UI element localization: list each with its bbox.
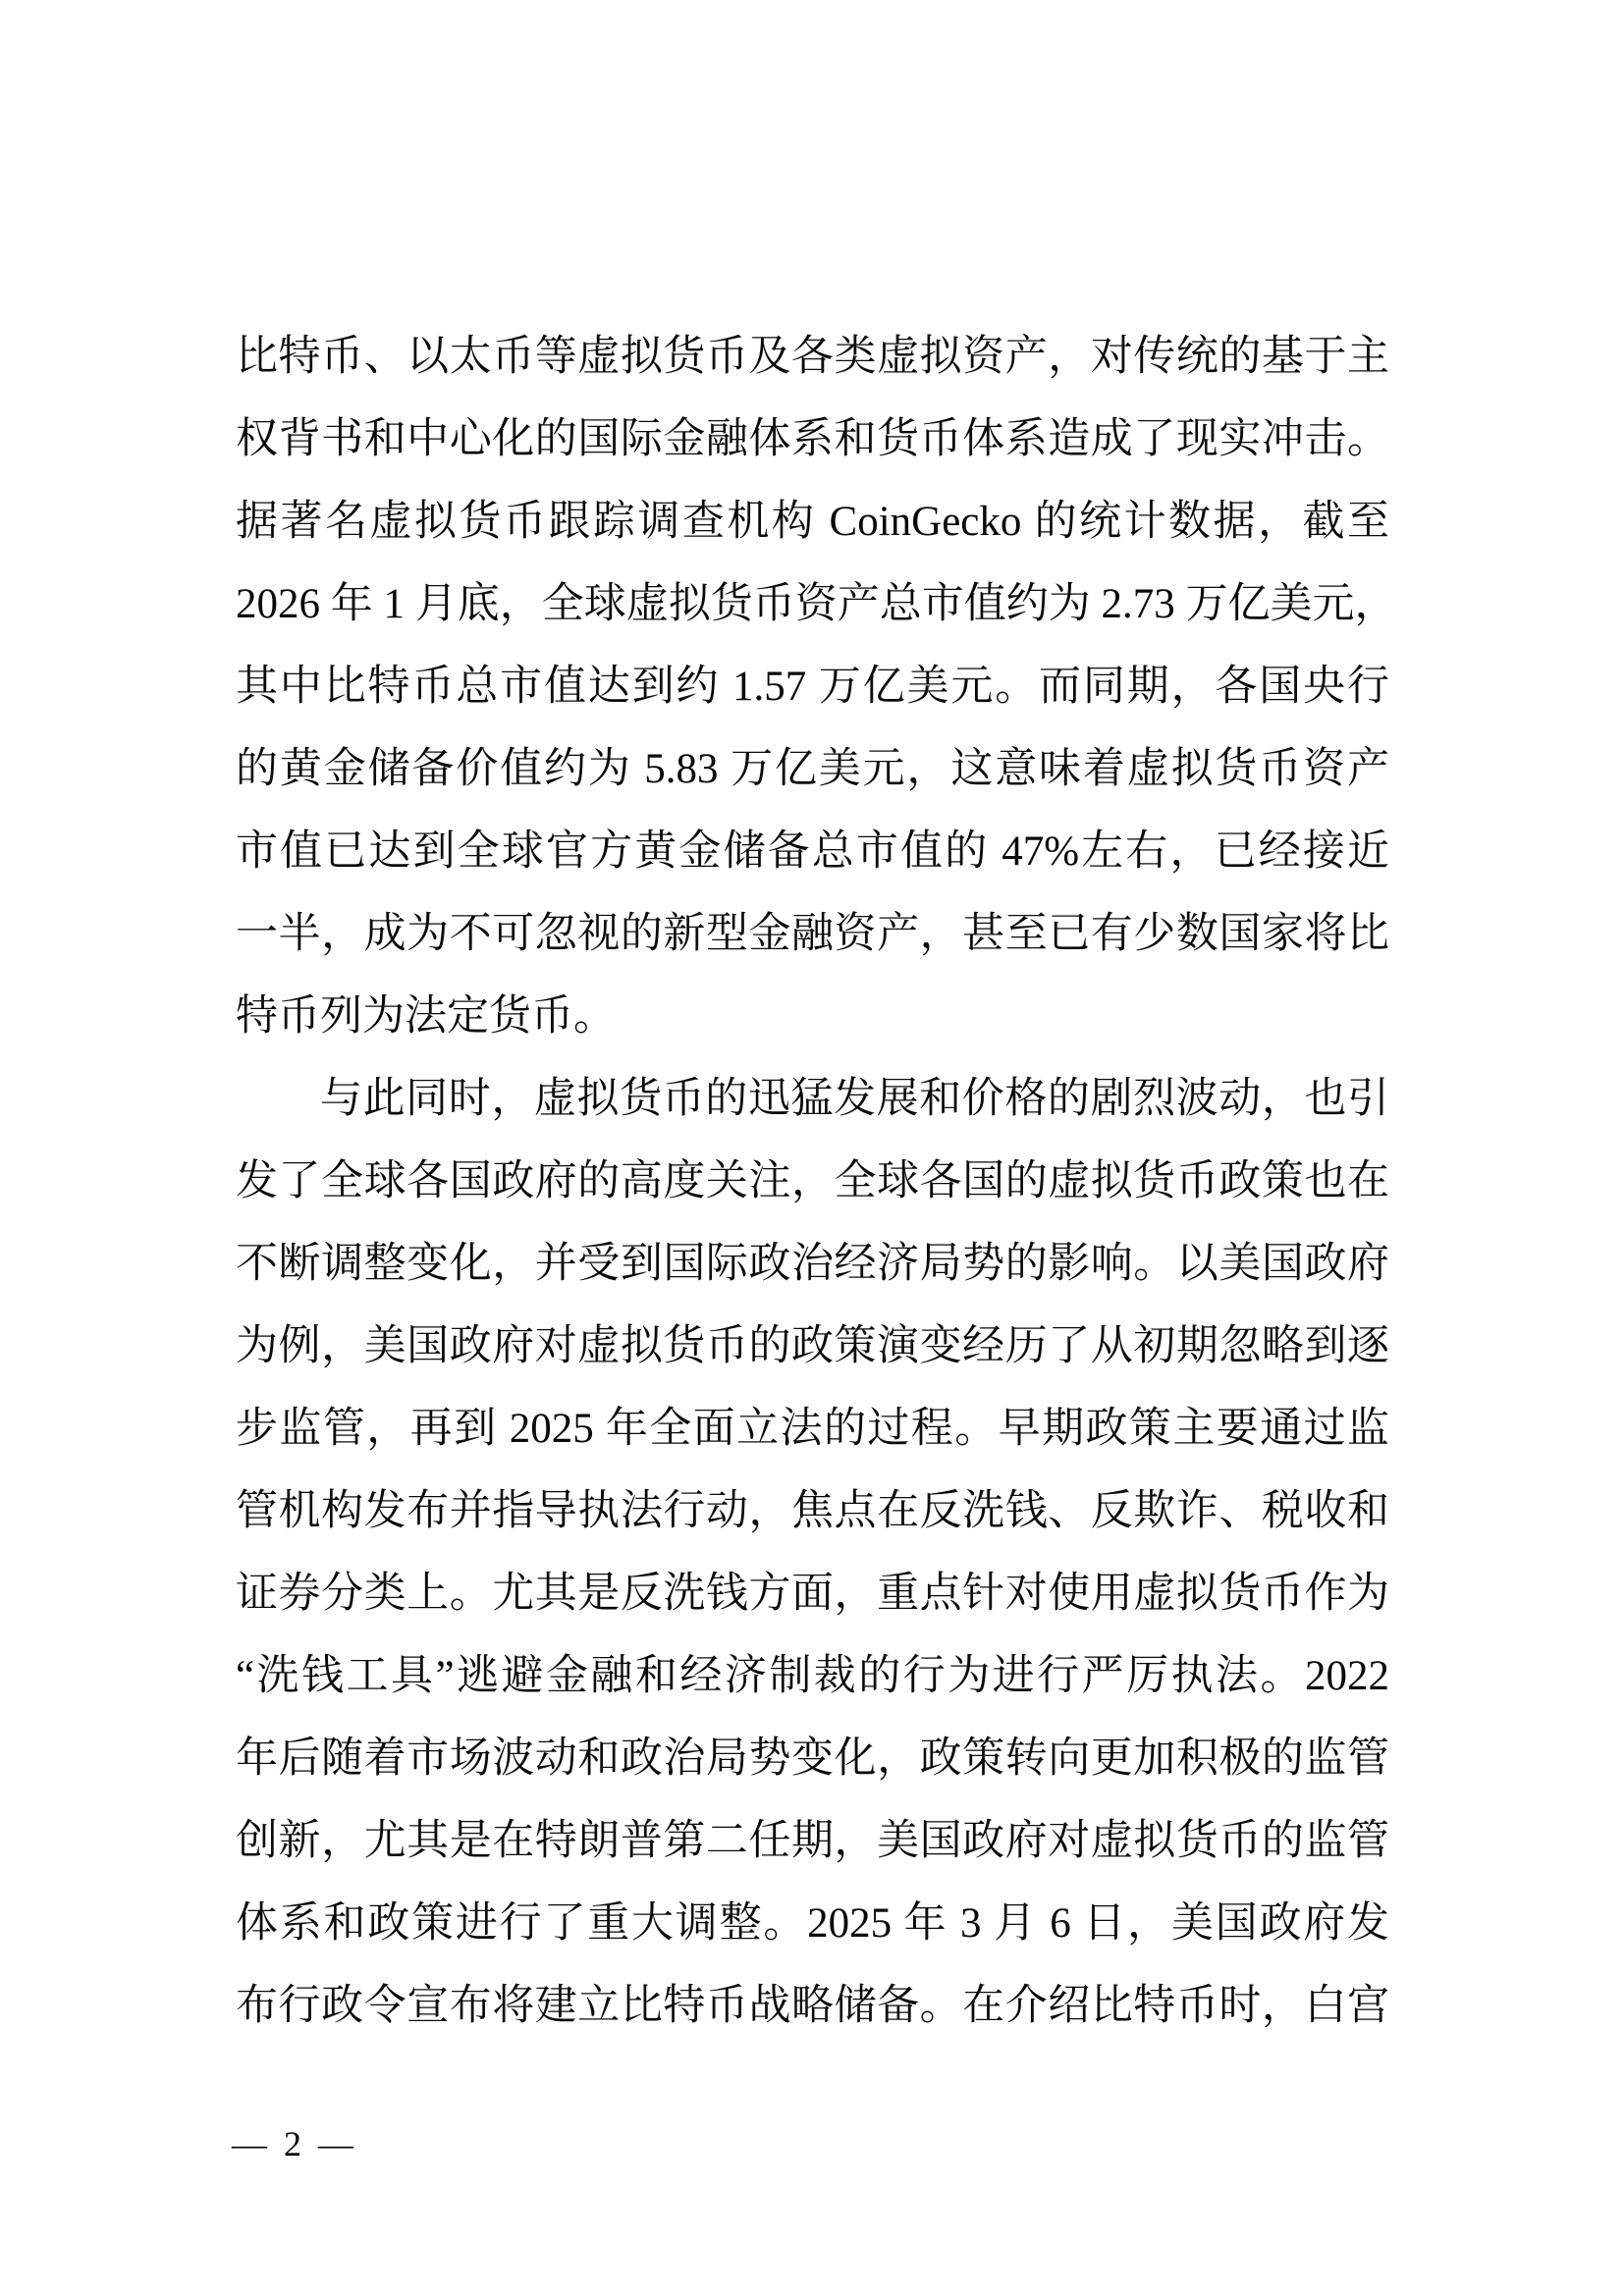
text-line: 2026 年 1 月底，全球虚拟货币资产总市值约为 2.73 万亿美元，: [236, 563, 1389, 646]
text-line: 不断调整变化，并受到国际政治经济局势的影响。以美国政府: [236, 1223, 1389, 1306]
document-page: 比特币、以太币等虚拟货币及各类虚拟资产，对传统的基于主 权背书和中心化的国际金融…: [0, 0, 1624, 2296]
page-number: — 2 —: [232, 2122, 357, 2165]
text-line-paragraph-end: 特币列为法定货币。: [236, 976, 1389, 1058]
text-line: 为例，美国政府对虚拟货币的政策演变经历了从初期忽略到逐: [236, 1306, 1389, 1388]
text-line: 体系和政策进行了重大调整。2025 年 3 月 6 日，美国政府发: [236, 1883, 1389, 1965]
text-line: “洗钱工具”逃避金融和经济制裁的行为进行严厉执法。2022: [236, 1635, 1389, 1718]
text-line: 权背书和中心化的国际金融体系和货币体系造成了现实冲击。: [236, 399, 1389, 481]
text-line: 创新，尤其是在特朗普第二任期，美国政府对虚拟货币的监管: [236, 1800, 1389, 1883]
text-line: 布行政令宣布将建立比特币战略储备。在介绍比特币时，白宫: [236, 1965, 1389, 2048]
text-line: 其中比特币总市值达到约 1.57 万亿美元。而同期，各国央行: [236, 646, 1389, 728]
text-line: 年后随着市场波动和政治局势变化，政策转向更加积极的监管: [236, 1718, 1389, 1800]
text-line: 发了全球各国政府的高度关注，全球各国的虚拟货币政策也在: [236, 1141, 1389, 1223]
text-line: 管机构发布并指导执法行动，焦点在反洗钱、反欺诈、税收和: [236, 1470, 1389, 1553]
body-text-block: 比特币、以太币等虚拟货币及各类虚拟资产，对传统的基于主 权背书和中心化的国际金融…: [236, 316, 1389, 2048]
text-line: 的黄金储备价值约为 5.83 万亿美元，这意味着虚拟货币资产: [236, 728, 1389, 811]
text-line: 步监管，再到 2025 年全面立法的过程。早期政策主要通过监: [236, 1388, 1389, 1470]
text-line: 证券分类上。尤其是反洗钱方面，重点针对使用虚拟货币作为: [236, 1553, 1389, 1635]
text-line: 市值已达到全球官方黄金储备总市值的 47%左右，已经接近: [236, 811, 1389, 893]
text-line: 一半，成为不可忽视的新型金融资产，甚至已有少数国家将比: [236, 893, 1389, 976]
text-line-paragraph-start: 与此同时，虚拟货币的迅猛发展和价格的剧烈波动，也引: [236, 1058, 1389, 1141]
text-line: 据著名虚拟货币跟踪调查机构 CoinGecko 的统计数据，截至: [236, 481, 1389, 563]
text-line: 比特币、以太币等虚拟货币及各类虚拟资产，对传统的基于主: [236, 316, 1389, 399]
